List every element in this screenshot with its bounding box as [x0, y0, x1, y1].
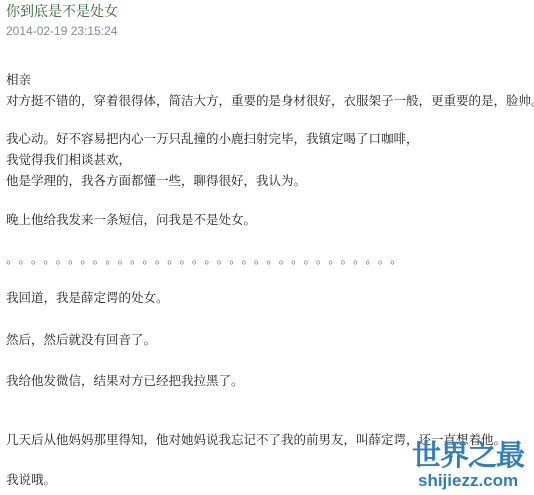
separator-dot: 。: [118, 250, 130, 267]
watermark-en-text: shijiezz.com: [418, 471, 518, 491]
separator-dot: 。: [229, 250, 241, 267]
body-line: 我说哦。: [6, 472, 56, 488]
separator-dot: 。: [365, 250, 377, 267]
separator-dot: 。: [167, 250, 179, 267]
body-line: 对方挺不错的，穿着很得体，简洁大方，重要的是身材很好，衣服架子一般，更重要的是，…: [6, 93, 534, 109]
separator-dot: 。: [279, 250, 291, 267]
post-title[interactable]: 你到底是不是处女: [6, 1, 118, 21]
separator-dot: 。: [241, 250, 253, 267]
separator-dot: 。: [204, 250, 216, 267]
body-line: 他是学理的，我各方面都懂一些，聊得很好，我认为。: [6, 173, 306, 189]
separator-dot: 。: [155, 250, 167, 267]
separator-dot: 。: [179, 250, 191, 267]
watermark-cn-text: 世界之最: [412, 439, 524, 471]
body-line: 我觉得我们相谈甚欢，: [6, 152, 131, 168]
separator-dot: 。: [142, 250, 154, 267]
separator-dot: 。: [266, 250, 278, 267]
separator-dot: 。: [303, 250, 315, 267]
dot-separator: 。。。。。。。。。。。。。。。。。。。。。。。。。。。。。。。。: [6, 250, 403, 267]
separator-dot: 。: [192, 250, 204, 267]
separator-dot: 。: [378, 250, 390, 267]
separator-dot: 。: [18, 250, 30, 267]
body-line: 我给他发微信，结果对方已经把我拉黑了。: [6, 373, 244, 389]
separator-dot: 。: [328, 250, 340, 267]
watermark-logo: 世界之最 shijiezz.com: [412, 439, 534, 493]
separator-dot: 。: [93, 250, 105, 267]
body-line: 然后，然后就没有回音了。: [6, 332, 156, 348]
separator-dot: 。: [6, 250, 18, 267]
separator-dot: 。: [56, 250, 68, 267]
separator-dot: 。: [105, 250, 117, 267]
body-line: 我回道，我是薛定谔的处女。: [6, 290, 169, 306]
separator-dot: 。: [68, 250, 80, 267]
body-line: 我心动。好不容易把内心一万只乱撞的小鹿扫射完毕，我镇定喝了口咖啡，: [6, 131, 419, 147]
separator-dot: 。: [316, 250, 328, 267]
separator-dot: 。: [341, 250, 353, 267]
separator-dot: 。: [130, 250, 142, 267]
body-line: 相亲: [6, 72, 31, 88]
separator-dot: 。: [80, 250, 92, 267]
body-line: 晚上他给我发来一条短信，问我是不是处女。: [6, 212, 256, 228]
post-date: 2014-02-19 23:15:24: [6, 24, 117, 38]
separator-dot: 。: [254, 250, 266, 267]
separator-dot: 。: [353, 250, 365, 267]
separator-dot: 。: [31, 250, 43, 267]
separator-dot: 。: [43, 250, 55, 267]
separator-dot: 。: [217, 250, 229, 267]
separator-dot: 。: [390, 250, 402, 267]
separator-dot: 。: [291, 250, 303, 267]
